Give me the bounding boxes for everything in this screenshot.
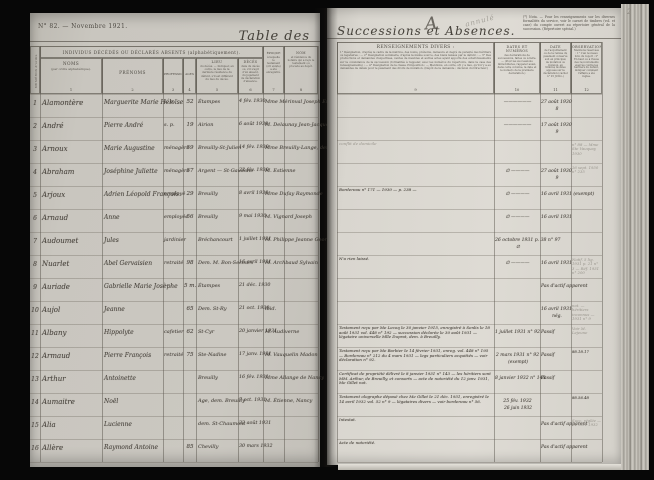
cell-dec: 16 avril 1931 [239,260,265,265]
table-row: 15AliaLuciennedem. St-Chaumont22 août 19… [30,416,318,439]
cell-dec: 22 août 1931 [239,421,265,426]
table-row: 10AujolJeanne65Dem. St-Ry21 oct. 1930ibi… [30,301,318,324]
cell-lieu: Dem. St-Ry [198,306,240,312]
cell-dec: 1 juillet 1931 [239,237,265,242]
col-num: 1 [41,88,101,92]
cell-agent: M. Archbaud Sylvain [265,260,318,266]
cell-pren: Pierre André [104,122,164,129]
col-header-ages: AGES 4 [183,58,196,94]
cell-acquittement-note: 8 [549,107,565,112]
row-rule [337,462,602,463]
table-row: Testament reçu par Me Lecoq le 30 janvie… [327,324,602,347]
cell-observations: Notif. 5 lig. 1931 p. 21 n° 3 — Réf. 193… [572,258,601,276]
cell-agent: M. Audiverne [265,329,318,335]
col-sub: Mentions réservées : 1° L'an nouveau fol… [572,49,601,79]
cell-pren: Abel Gervaisien [104,260,164,267]
table-top-rule [337,42,602,43]
cell-agent: M. Vignard Joseph [265,214,318,220]
cell-age: 98 [184,260,196,266]
table-row: 26 octobre 1931 p. 38 n° 97∅ [327,232,602,255]
col-sub: à laquelle le testament (s'il existe) a … [264,55,283,74]
col-header-noms: NOMS (par ordre alphabétique). 1 [40,58,102,94]
col-label: PROFESSIONS [164,72,182,76]
col-num: 8 [285,88,317,92]
table-row: 1AlamontèreMarguerite Marie Héloïses. p.… [30,94,318,117]
table-row: 5ArjouxAdrien Léopold Françoisemployé29B… [30,186,318,209]
table-row: ——————17 août 19309 [327,117,602,140]
cell-n: 6 [30,215,40,222]
cell-nom: Arthur [42,375,102,383]
cell-renseignements: Intestat. [339,418,491,423]
table-row: 6ArnaudAnneemployée56Breuilly9 mai 1930M… [30,209,318,232]
table-row: 16AllèreRaymond Antoine85Chevilly30 mars… [30,439,318,462]
cell-observations: n° 88 — Mme Ste Vauquay 1930 [572,143,601,156]
cell-acquittement: 27 août 1930 [541,169,571,174]
col-header-date-acquittement: DATE de l'acquittement ou de la remise d… [540,42,571,94]
cell-age: 19 [184,122,196,128]
underlying-page-edge [338,464,621,470]
cell-declaration: —————— [495,123,540,128]
cell-renseignements: conflit de domicile [339,142,491,147]
page-header-number: N° 82. — Novembre 1921. [38,23,128,30]
table-row: ∅ ————16 avril 1931 [327,209,602,232]
table-row: Pas d'actif apparent [327,278,602,301]
cell-agent: Mme Breuilly-Lange, dem. id. [265,145,318,151]
cell-prof: s. p. [164,99,184,105]
cell-pren: Jules [104,237,164,244]
header-rule [327,38,621,39]
cell-pren: Jeanne [104,306,164,313]
cell-agent: Mme Dufay Raymonde [265,191,318,197]
page-number-pencil: 2 [627,8,631,16]
cell-dec: 20 janvier 1931 [239,329,265,334]
col-label: AGES [184,72,195,76]
col-label: ÉPOQUE [264,51,283,55]
cell-acquittement-note: 9 [549,176,565,181]
cell-nom: Nuarlet [42,260,102,268]
cell-declaration: ∅ ———— [495,261,540,266]
cell-declaration: 1 juillet 1931 n° 92 [495,330,540,335]
book-gutter-shadow [314,8,338,467]
col-num: 9 [338,88,493,92]
cell-pren: Noël [104,398,164,405]
cell-acquittement: 16 avril 1931 [541,215,571,220]
cell-n: 1 [30,100,40,107]
cell-prof: ménagère [164,168,184,174]
cell-prof: ménagère [164,145,184,151]
handwritten-letter-A: A [424,14,438,35]
cell-acquittement: 17 août 1930 [541,123,571,128]
cell-nom: Arnoux [42,145,102,153]
cell-pren: Raymond Antoine [104,444,164,451]
cell-pren: Anne [104,214,164,221]
cell-prof: retraité [164,352,184,358]
cell-age: 5 m. [184,283,196,289]
col-num: 3 [164,88,182,92]
cell-lieu: St-Cyr [198,329,240,335]
col-header-dates-numeros: DATES ET NUMÉROS des déclarations de suc… [494,42,540,94]
col-label: PRÉNOMS [103,71,162,76]
cell-declaration: ∅ ———— [495,192,540,197]
col-header-professions: PROFESSIONS 3 [163,58,183,94]
cell-nom: Armaud [42,352,102,360]
col-header-renseignements: RENSEIGNEMENTS DIVERS : 1° Désignation, … [337,42,494,94]
cell-prof: — [164,283,184,289]
cell-acquittement: Passif [541,330,571,335]
cell-n: 14 [30,399,40,406]
table-row: 8NuarletAbel Gervaisienretraité98Dem. M.… [30,255,318,278]
cell-prof: cafetier [164,329,184,335]
cell-renseignements: Testament reçu par Me Lecoq le 30 janvie… [339,326,491,340]
cell-prof: employée [164,214,184,220]
cell-n: 10 [30,307,40,314]
cell-acquittement: 16 avril 1931 [541,261,571,266]
cell-dec: 7 oct. 1931 [239,398,265,403]
table-row: Testament reçu par Me Barbier le 14 févr… [327,347,602,370]
cell-agent: M. Vauquelin Madon [265,352,318,358]
cell-acquittement: Pas d'actif apparent [541,284,571,289]
col-num: 5 [197,88,237,92]
cell-acquittement-note: nég. [549,314,565,319]
cell-pren: Adrien Léopold François [104,191,164,198]
col-num: 7 [264,88,283,92]
cell-pren: Joséphine Juliette [104,168,164,175]
cell-age: 56 [184,214,196,220]
cell-pren: Lucienne [104,421,164,428]
cell-lieu: Chevilly [198,444,240,450]
header-rule [30,41,320,42]
cell-observations: 88.56.48 [572,396,601,400]
cell-agent: M. Étienne, Nancy [265,398,318,404]
cell-age: 52 [184,99,196,105]
cell-lieu: Dem. M. Bon-Secours [198,260,240,266]
table-row: ∅ ————27 août 1930926 sept. 1930 n° 235 [327,163,602,186]
cell-dec: 8 avril 1930 [239,191,265,196]
col-header-nom-notaire: NOM et résidence du notaire qui a reçu l… [284,46,318,94]
cell-lieu: Age, dem. Breuilly [198,398,240,404]
cell-nom: Arnaud [42,214,102,222]
table-row: 2AndréPierre Andrés. p.19Airion6 août 19… [30,117,318,140]
table-row: Acte de notoriété.Pas d'actif apparent [327,439,602,462]
cell-n: 7 [30,238,40,245]
col-num: 11 [541,88,570,92]
table-row: 16 avril 1931nég.not. — héritiers inconn… [327,301,602,324]
cell-prof: s. p. [164,122,184,128]
scanned-register-spread: N° 82. — Novembre 1921. Table des INDIVI… [0,0,654,480]
right-page: Successions et Absences. A annulé (*) No… [327,8,621,465]
cell-age: 62 [184,329,196,335]
nota-footnote: (*) Nota. — Pour les renseignements sur … [523,16,615,32]
page-stack-edges: 2 [621,4,649,470]
cell-pren: Marguerite Marie Héloïse [104,99,164,106]
cell-declaration: ∅ ———— [495,215,540,220]
cell-lieu: Breuilly [198,214,240,220]
table-row: 4AbrahamJoséphine Julietteménagère57Arge… [30,163,318,186]
cell-age: 29 [184,191,196,197]
table-row: Certificat de propriété délivré le 8 jan… [327,370,602,393]
col-sub: du décès. — Indiquer, en outre, le lieu … [197,64,237,81]
table-row: 7AudoumetJulesjardinierBréchancourt1 jui… [30,232,318,255]
cell-lieu: Étampes [198,99,240,105]
cell-renseignements: Bordereau n° 171 — 1930 — p. 238 — [339,188,491,193]
cell-nom: Alia [42,421,102,429]
cell-dec: 14 fév. 1930 [239,145,265,150]
cell-renseignements: Testament reçu par Me Barbier le 14 févr… [339,349,491,363]
table-row: ——————27 août 19308 [327,94,602,117]
col-header-observations: OBSERVATIONS Mentions réservées : 1° L'a… [571,42,602,94]
cell-lieu: Ste-Nadine [198,352,240,358]
cell-age: 75 [184,352,196,358]
cell-agent: Mme Mérinval Joseph Emile [265,99,318,105]
cell-dec: 6 août 1930 [239,122,265,127]
col-num: 12 [572,88,601,92]
cell-observations: not. — héritiers inconnus — 1931 n° 9 [572,304,601,322]
cell-dec: 4 fév. 1930 [239,99,265,104]
cell-nom: André [42,122,102,130]
cell-acquittement: 16 avril 1931 [541,307,571,312]
cell-n: 2 [30,123,40,130]
col-sub: (par ordre alphabétique). [41,67,101,72]
cell-agent: M. Estienne [265,168,318,174]
cell-lieu: Airion [198,122,240,128]
cell-declaration: 2 mars 1931 n° 92 [495,353,540,358]
cell-acquittement: Passif [541,353,571,358]
cell-acquittement: 16 avril 1931 (exempt) [541,192,571,197]
table-row: 12ArmaudPierre Françoisretraité75Ste-Nad… [30,347,318,370]
col-header-lieu: LIEU du décès. — Indiquer, en outre, le … [196,58,238,94]
cell-n: 16 [30,445,40,452]
col-header-numeros: NUMÉROS d'ordre [30,46,40,94]
cell-lieu: Breuilly [198,191,240,197]
col-sub: de l'acquittement ou de la remise du pai… [541,49,570,79]
col-label: DATES ET NUMÉROS [495,45,539,53]
col-num: 4 [184,88,195,92]
cell-observations: 88.18.17 [572,350,601,354]
cell-observations: Succ. réglée — 14 9bre 1932 [572,419,601,428]
cell-nom: Abraham [42,168,102,176]
table-row: 13ArthurAntoinetteBreuilly16 fév. 1931Mm… [30,370,318,393]
cell-age: 59 [184,145,196,151]
col-sub: date du décès ou, s'il s'agit d'un absen… [239,64,262,83]
cell-renseignements: Testament olographe déposé chez Me Gille… [339,395,491,404]
col-sub: des déclarations de successions, faites … [495,53,539,75]
cell-age: 85 [184,444,196,450]
cell-n: 12 [30,353,40,360]
cell-observations: Voir M. Lejeune [572,327,601,336]
cell-prof: jardinier [164,237,184,243]
cell-agent: M. Philippe Jeanne Georges [265,237,318,243]
cell-dec: 9 mai 1930 [239,214,265,219]
cell-prof: employé [164,191,184,197]
cell-pren: Hippolyte [104,329,164,336]
col-header-numeros-label: NUMÉROS d'ordre [34,51,38,91]
table-row: N'a rien laissé.∅ ————16 avril 1931Notif… [327,255,602,278]
cell-acquittement: Pas d'actif apparent [541,445,571,450]
cell-agent: ibid. [265,306,318,312]
cell-nom: Audoumet [42,237,102,245]
cell-n: 9 [30,284,40,291]
cell-declaration-note: (exempt) [503,360,533,365]
table-row: 11AlbanyHippolytecafetier62St-Cyr20 janv… [30,324,318,347]
table-row: 3ArnouxMarie Augustineménagère59Breuilly… [30,140,318,163]
cell-nom: Aumaitre [42,398,102,406]
table-row: 14AumaitreNoëlAge, dem. Breuilly7 oct. 1… [30,393,318,416]
table-row: Testament olographe déposé chez Me Gille… [327,393,602,416]
cell-declaration-note: ∅ [503,245,533,250]
cell-renseignements: Acte de notoriété. [339,441,491,446]
cell-observations: 26 sept. 1930 n° 235 [572,166,601,175]
left-page: N° 82. — Novembre 1921. Table des INDIVI… [30,13,320,467]
col-num: 2 [103,88,162,92]
col-sub: et résidence du notaire qui a reçu le te… [285,55,317,68]
cell-dec: 22 fév. 1930 [239,168,265,173]
table-row: 9AuriadeGabrielle Marie Josèphe—5 m.Étam… [30,278,318,301]
cell-declaration: 26 octobre 1931 p. 38 n° 97 [495,238,540,243]
cell-nom: Auriade [42,283,102,291]
col-num: 6 [239,88,262,92]
table-row: conflit de domicilen° 88 — Mme Ste Vauqu… [327,140,602,163]
cell-nom: Allère [42,444,102,452]
cell-agent: M. Delaunay Jean-Jacques [265,122,318,128]
cell-acquittement: Passif [541,376,571,381]
col-header-epoque: ÉPOQUE à laquelle le testament (s'il exi… [263,46,284,94]
cell-declaration: ∅ ———— [495,169,540,174]
col-num: 10 [495,88,539,92]
row-rule [30,462,318,463]
cell-dec: 16 fév. 1931 [239,375,265,380]
cell-agent: Mme Allange de Nancy [265,375,318,381]
cell-nom: Aujol [42,306,102,314]
cell-lieu: dem. St-Chaumont [198,421,240,427]
cell-dec: 21 oct. 1930 [239,306,265,311]
cell-nom: Arjoux [42,191,102,199]
cell-acquittement: 27 août 1930 [541,100,571,105]
cell-dec: 17 janv. 1931 [239,352,265,357]
table-row: Bordereau n° 171 — 1930 — p. 238 —∅ ————… [327,186,602,209]
cell-lieu: Étampes [198,283,240,289]
table-top-rule [30,46,318,47]
cell-declaration: 8 janvier 1932 n° 143 [495,376,540,381]
cell-lieu: Bréchancourt [198,237,240,243]
cell-acquittement: Pas d'actif apparent [541,422,571,427]
cell-lieu: Argent — St-Gaudens [198,168,240,174]
cell-acquittement-note: 9 [549,130,565,135]
cell-n: 15 [30,422,40,429]
cell-renseignements: Certificat de propriété délivré le 8 jan… [339,372,491,386]
cell-declaration: 25 fév. 1932 [495,399,540,404]
cell-dec: 21 déc. 1930 [239,283,265,288]
cell-n: 8 [30,261,40,268]
cell-prof: retraité [164,260,184,266]
cell-renseignements: N'a rien laissé. [339,257,491,262]
cell-n: 13 [30,376,40,383]
cell-n: 4 [30,169,40,176]
col-sub: 1° Désignation, d'après le cadre de la m… [338,50,493,70]
col-header-deces: DÉCÈS date du décès ou, s'il s'agit d'un… [238,58,263,94]
cell-dec: 30 mars 1932 [239,444,265,449]
cell-nom: Albany [42,329,102,337]
cell-n: 11 [30,330,40,337]
group-header-individus: INDIVIDUS DÉCÉDÉS OU DÉCLARÉS ABSENTS (a… [40,46,263,58]
cell-lieu: Breuilly-St-Julien [198,145,240,151]
cell-declaration-note: 26 juin 1932 [503,406,533,411]
cell-pren: Pierre François [104,352,164,359]
cell-pren: Marie Augustine [104,145,164,152]
cell-nom: Alamontère [42,99,102,107]
col-header-prenoms: PRÉNOMS 2 [102,58,163,94]
cell-declaration: —————— [495,100,540,105]
cell-lieu: Breuilly [198,375,240,381]
column-rule [602,42,603,462]
cell-age: 57 [184,168,196,174]
cell-n: 5 [30,192,40,199]
cell-pren: Gabrielle Marie Josèphe [104,283,164,290]
cell-pren: Antoinette [104,375,164,382]
table-row: Intestat.Pas d'actif apparentSucc. réglé… [327,416,602,439]
cell-age: 65 [184,306,196,312]
cell-n: 3 [30,146,40,153]
